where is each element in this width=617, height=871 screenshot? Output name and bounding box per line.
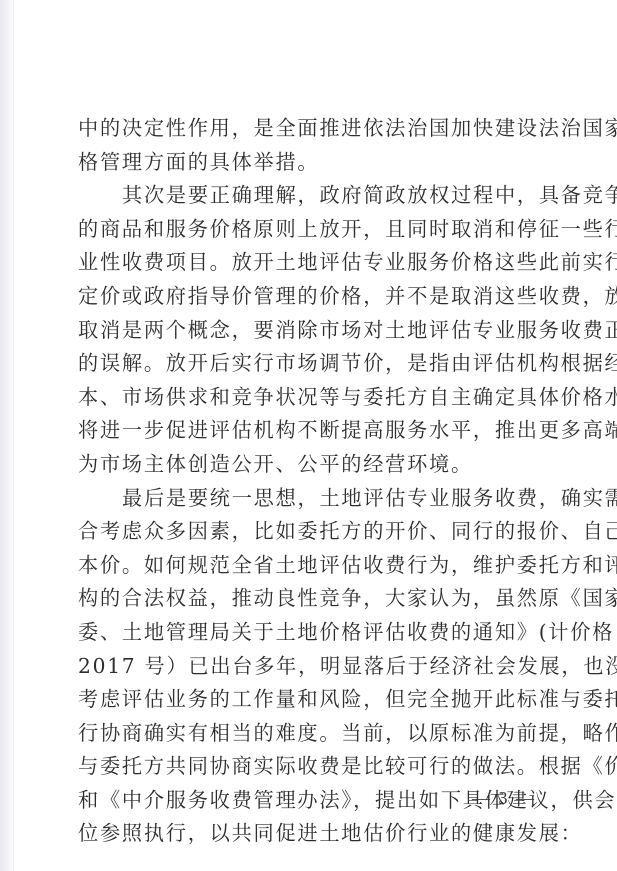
text-line: 本价。如何规范全省土地评估收费行为，维护委托方和评估机 <box>78 549 542 583</box>
document-body: 中的决定性作用，是全面推进依法治国加快建设法治国家在价 格管理方面的具体举措。 … <box>78 112 542 851</box>
text-line: 与委托方共同协商实际收费是比较可行的做法。根据《价格法》 <box>78 750 542 784</box>
text-line: 为市场主体创造公开、公平的经营环境。 <box>78 448 542 482</box>
text-line-indented: 最后是要统一思想，土地评估专业服务收费，确实需要综 <box>78 482 542 516</box>
text-line: 取消是两个概念，要消除市场对土地评估专业服务收费正当性 <box>78 314 542 348</box>
text-line: 位参照执行，以共同促进土地估价行业的健康发展： <box>78 817 542 851</box>
text-line: 格管理方面的具体举措。 <box>78 146 542 180</box>
text-line: 中的决定性作用，是全面推进依法治国加快建设法治国家在价 <box>78 112 542 146</box>
text-line: 构的合法权益，推动良性竞争，大家认为，虽然原《国家计划 <box>78 582 542 616</box>
text-line: 考虑评估业务的工作量和风险，但完全抛开此标准与委托方进 <box>78 683 542 717</box>
scan-page-edge-line <box>13 0 14 871</box>
text-line-indented: 其次是要正确理解，政府简政放权过程中，具备竞争条件 <box>78 179 542 213</box>
paragraph-second-point: 其次是要正确理解，政府简政放权过程中，具备竞争条件 的商品和服务价格原则上放开，… <box>78 179 542 481</box>
text-line: 定价或政府指导价管理的价格，并不是取消这些收费，放开和 <box>78 280 542 314</box>
text-line: 的误解。放开后实行市场调节价，是指由评估机构根据经营成 <box>78 347 542 381</box>
page-number: — 3 — <box>472 786 536 810</box>
text-line: 合考虑众多因素，比如委托方的开价、同行的报价、自己的成 <box>78 515 542 549</box>
text-line: 将进一步促进评估机构不断提高服务水平，推出更多高端服务， <box>78 414 542 448</box>
scan-page-edge <box>0 0 14 871</box>
text-line: 行协商确实有相当的难度。当前，以原标准为前提，略作调整， <box>78 717 542 751</box>
text-line: 委、土地管理局关于土地价格评估收费的通知》(计价格〔1994〕 <box>78 616 542 650</box>
text-line: 2017 号）已出台多年，明显落后于经济社会发展，也没有充分 <box>78 650 542 684</box>
text-line: 业性收费项目。放开土地评估专业服务价格这些此前实行政府 <box>78 246 542 280</box>
text-line: 本、市场供求和竞争状况等与委托方自主确定具体价格水平， <box>78 381 542 415</box>
paragraph-continuation: 中的决定性作用，是全面推进依法治国加快建设法治国家在价 格管理方面的具体举措。 <box>78 112 542 179</box>
text-line: 的商品和服务价格原则上放开，且同时取消和停征一些行政事 <box>78 213 542 247</box>
